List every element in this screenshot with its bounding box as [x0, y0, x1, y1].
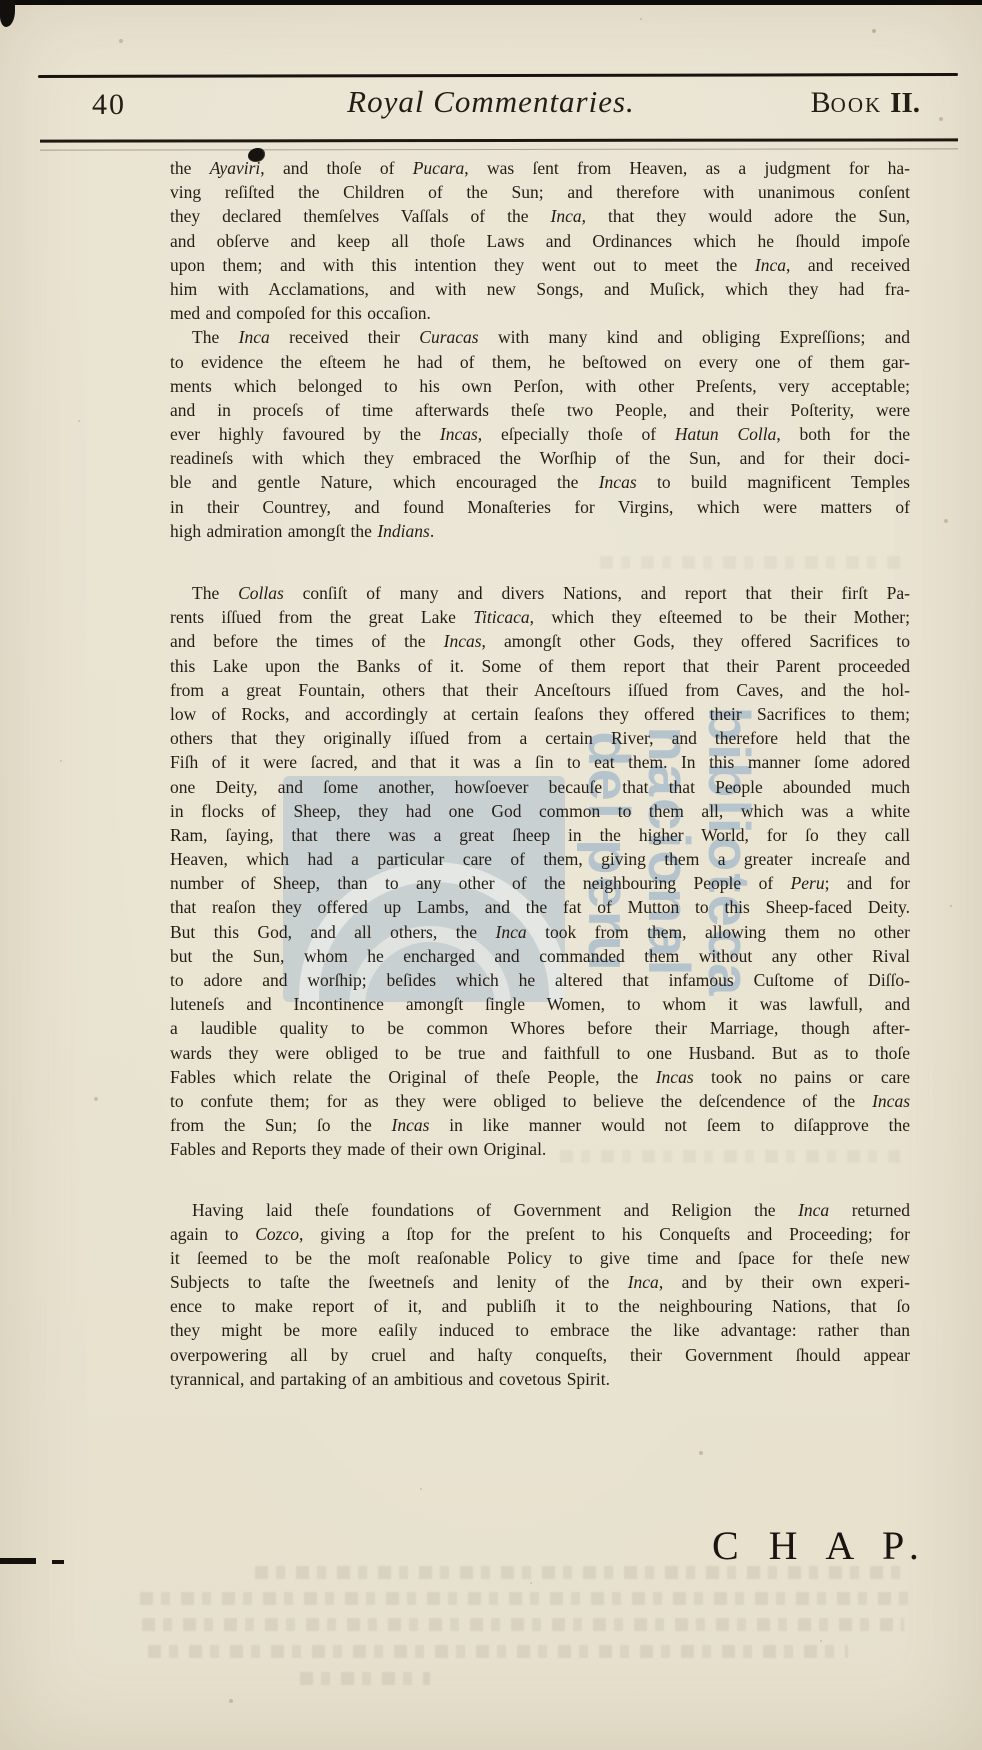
- book-label-smallcaps: OOK: [831, 93, 883, 117]
- text-line: and obſerve and keep all thoſe Laws and …: [170, 229, 910, 253]
- book-label: BOOKII.: [811, 86, 920, 120]
- text-line: in flocks of Sheep, they had one God com…: [170, 799, 910, 823]
- text-line: from a great Fountain, others that their…: [170, 678, 910, 702]
- text-line: in their Countrey, and found Monaſteries…: [170, 495, 910, 519]
- text-line: but the Sun, whom he encharged and comma…: [170, 944, 910, 968]
- book-label-initial: B: [811, 86, 831, 119]
- text-line: to adore and worſhip; beſides which he a…: [170, 968, 910, 992]
- text-line: Having laid theſe foundations of Governm…: [170, 1198, 910, 1222]
- text-line: ving reſiſted the Children of the Sun; a…: [170, 180, 910, 204]
- text-line: ble and gentle Nature, which encouraged …: [170, 470, 910, 494]
- text-line: and in proceſs of time afterwards theſe …: [170, 398, 910, 422]
- text-line: ments which belonged to his own Perſon, …: [170, 374, 910, 398]
- text-line: one Deity, and ſome another, howſoever b…: [170, 775, 910, 799]
- text-line: number of Sheep, than to any other of th…: [170, 871, 910, 895]
- header-top-rule: [38, 73, 958, 78]
- paragraph: Having laid theſe foundations of Governm…: [170, 1198, 910, 1392]
- show-through-text: [300, 1672, 430, 1685]
- foxing-specks: [0, 0, 2, 2]
- text-line: ever highly favoured by the Incas, eſpec…: [170, 422, 910, 446]
- text-line: Heaven, which had a particular care of t…: [170, 847, 910, 871]
- text-line: luteneſs and Incontinence amongſt ſingle…: [170, 992, 910, 1016]
- text-line: low of Rocks, and accordingly at certain…: [170, 702, 910, 726]
- paragraph: The Collas conſiſt of many and divers Na…: [170, 581, 910, 1162]
- scan-top-edge: [0, 0, 982, 5]
- text-line: Ram, ſaying, that there was a great ſhee…: [170, 823, 910, 847]
- text-line: Fables which relate the Original of theſ…: [170, 1065, 910, 1089]
- body-text-block: the Ayaviri, and thoſe of Pucara, was ſe…: [170, 156, 910, 1391]
- text-line: and before the times of the Incas, among…: [170, 629, 910, 653]
- show-through-text: [140, 1592, 908, 1605]
- text-line: again to Cozco, giving a ſtop for the pr…: [170, 1222, 910, 1246]
- text-line: a laudible quality to be common Whores b…: [170, 1016, 910, 1040]
- catchword: C H A P.: [712, 1522, 928, 1569]
- text-line: med and compoſed for this occaſion.: [170, 301, 910, 325]
- text-line: overpowering all by cruel and haſty conq…: [170, 1343, 910, 1367]
- text-line: But this God, and all others, the Inca t…: [170, 920, 910, 944]
- text-line: The Collas conſiſt of many and divers Na…: [170, 581, 910, 605]
- show-through-text: [255, 1566, 905, 1579]
- text-line: the Ayaviri, and thoſe of Pucara, was ſe…: [170, 156, 910, 180]
- scan-edge-mark: [52, 1560, 64, 1564]
- text-line: Fiſh of it were ſacred, and that it was …: [170, 750, 910, 774]
- text-line: they might be more eaſily induced to emb…: [170, 1318, 910, 1342]
- show-through-text: [148, 1645, 848, 1658]
- text-line: upon them; and with this intention they …: [170, 253, 910, 277]
- scan-corner-mark: [0, 0, 15, 27]
- text-line: ence to make report of it, and publiſh i…: [170, 1294, 910, 1318]
- text-line: wards they were obliged to be true and f…: [170, 1041, 910, 1065]
- header-bottom-rule: [40, 138, 958, 150]
- book-page-scan: bibliotecanacionaldel peru 40 Royal Comm…: [0, 0, 982, 1750]
- scan-edge-mark: [0, 1558, 36, 1564]
- book-label-numeral: II.: [890, 87, 920, 119]
- text-line: readineſs with which they embraced the W…: [170, 446, 910, 470]
- text-line: him with Acclamations, and with new Song…: [170, 277, 910, 301]
- text-line: to confute them; for as they were oblige…: [170, 1089, 910, 1113]
- text-line: from the Sun; ſo the Incas in like manne…: [170, 1113, 910, 1137]
- text-line: to evidence the eſteem he had of them, h…: [170, 350, 910, 374]
- text-line: The Inca received their Curacas with man…: [170, 325, 910, 349]
- show-through-text: [142, 1618, 904, 1631]
- text-line: Subjects to taſte the ſweetneſs and leni…: [170, 1270, 910, 1294]
- text-line: rents iſſued from the great Lake Titicac…: [170, 605, 910, 629]
- text-line: high admiration amongſt the Indians.: [170, 519, 910, 543]
- show-through-text: [560, 1150, 900, 1163]
- text-line: they declared themſelves Vaſſals of the …: [170, 204, 910, 228]
- text-line: it ſeemed to be the moſt reaſonable Poli…: [170, 1246, 910, 1270]
- text-line: this Lake upon the Banks of it. Some of …: [170, 654, 910, 678]
- paragraph: The Inca received their Curacas with man…: [170, 325, 910, 543]
- paragraph: the Ayaviri, and thoſe of Pucara, was ſe…: [170, 156, 910, 325]
- text-line: others that they originally iſſued from …: [170, 726, 910, 750]
- text-line: tyrannical, and partaking of an ambitiou…: [170, 1367, 910, 1391]
- text-line: that reaſon they offered up Lambs, and t…: [170, 895, 910, 919]
- show-through-text: [600, 556, 900, 569]
